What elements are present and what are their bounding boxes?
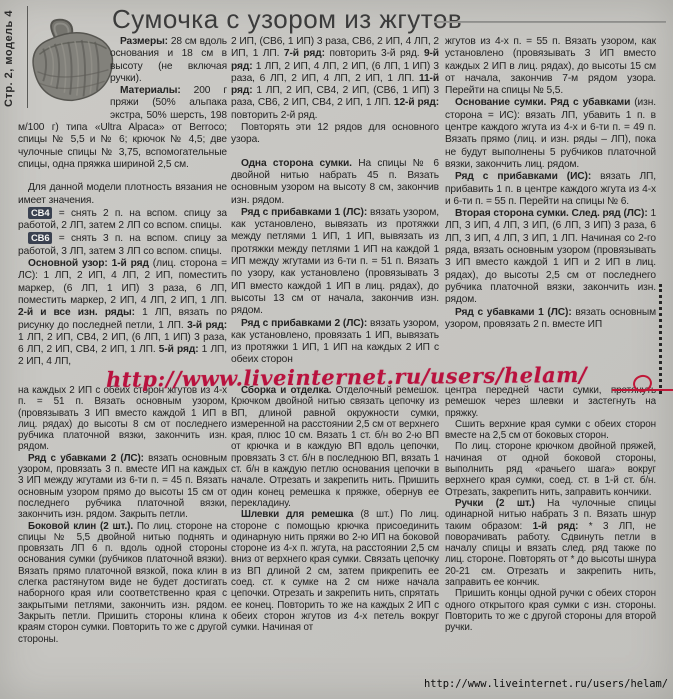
column-3-bottom: центра передней части сумки, протянуть р…	[445, 385, 656, 677]
text-segment: Размеры:	[120, 36, 168, 47]
text-segment: 7-й ряд:	[284, 48, 325, 59]
paragraph: Основание сумки. Ряд с убавками (изн. ст…	[445, 97, 656, 171]
text-segment: повторить 3-й ряд.	[325, 48, 424, 59]
column-1-bottom: на каждых 2 ИП с обеих сторон жгутов из …	[18, 385, 227, 697]
text-segment: 1 ЛП, 2 ИП, 4 ЛП, 2 ИП, (6 ЛП, 1 ИП) 3 р…	[231, 61, 439, 84]
text-segment: Шлевки для ремешка	[241, 509, 353, 520]
paragraph: Вторая сторона сумки. След. ряд (ЛС): 1 …	[445, 208, 656, 306]
text-segment: Ряд с прибавками 1 (ЛС):	[241, 207, 367, 218]
red-pen-line	[612, 389, 673, 391]
text-segment: 1-й ряд:	[533, 521, 579, 532]
text-segment: Пришить концы одной ручки с обеих сторон…	[445, 588, 656, 633]
paragraph: СВ6 = снять 3 п. на вспом. спицу за рабо…	[18, 232, 227, 258]
paragraph: Сшить верхние края сумки с обеих сторон …	[445, 419, 656, 442]
spine-page-label: Стр. 2, модель 4	[3, 8, 15, 110]
column-2-bottom: Сборка и отделка. Отделочный ремешок. Кр…	[231, 385, 439, 697]
paragraph: Ряд с прибавками 2 (ЛС): вязать узором, …	[231, 318, 439, 367]
page-title: Сумочка с узором из жгутов	[112, 4, 462, 35]
text-segment: Основание сумки. Ряд с убавками	[455, 97, 630, 108]
paragraph: Ряд с убавками 2 (ЛС): вязать основным у…	[18, 453, 227, 521]
text-segment: Ряд с прибавками 2 (ЛС):	[241, 318, 367, 329]
text-segment: Отделочный ремешок. Крючком двойной нить…	[231, 385, 439, 509]
magazine-page: Стр. 2, модель 4 Сумочка с узором из жгу…	[0, 0, 673, 699]
text-segment: жгутов из 4-х п. = 55 п. Вязать узором, …	[445, 36, 656, 96]
text-segment: Одна сторона сумки.	[241, 158, 352, 169]
text-segment: 3-й ряд:	[187, 320, 227, 331]
paragraph: Ряд с убавками 1 (ЛС): вязать основным у…	[445, 307, 656, 332]
paragraph: По лиц. стороне крючком двойной пряжей, …	[445, 441, 656, 497]
paragraph: Повторять эти 12 рядов для основного узо…	[231, 122, 439, 147]
text-segment: Основной узор: 1-й ряд	[28, 258, 149, 269]
paragraph: Сборка и отделка. Отделочный ремешок. Кр…	[231, 385, 439, 509]
text-segment: Ряд с убавками 1 (ЛС):	[455, 307, 572, 318]
abbreviation-badge: СВ4	[28, 207, 52, 219]
paragraph: на каждых 2 ИП с обеих сторон жгутов из …	[18, 385, 227, 453]
paragraph: Ручки (2 шт.) На чулочные спицы одинарно…	[445, 498, 656, 588]
text-segment: Вторая сторона сумки. След. ряд (ЛС):	[455, 208, 648, 219]
paragraph: Ряд с прибавками (ИС): вязать ЛП, прибав…	[445, 171, 656, 208]
text-segment: 2-й и все изн. ряды:	[18, 307, 135, 318]
text-segment: на каждых 2 ИП с обеих сторон жгутов из …	[18, 385, 227, 452]
text-segment: Сшить верхние края сумки с обеих сторон …	[445, 419, 656, 441]
text-segment: Для данной модели плотность вязания не и…	[18, 182, 227, 205]
text-segment: Ручки (2 шт.)	[455, 498, 535, 509]
paragraph: СВ4 = снять 2 п. на вспом. спицу за рабо…	[18, 207, 227, 233]
text-segment: Ряд с прибавками (ИС):	[455, 171, 591, 182]
paragraph: Одна сторона сумки. На спицы № 6 двойной…	[231, 158, 439, 207]
text-segment: По лиц. стороне на спицы № 5,5 двойной н…	[18, 521, 227, 645]
column-2-top: 2 ИП, (СВ6, 1 ИП) 3 раза, СВ6, 2 ИП, 4 Л…	[231, 36, 439, 388]
paragraph: Боковой клин (2 шт.). По лиц. стороне на…	[18, 521, 227, 645]
column-3-top: жгутов из 4-х п. = 55 п. Вязать узором, …	[445, 36, 656, 388]
text-segment: Материалы:	[120, 85, 181, 96]
text-segment: (8 шт.) По лиц. стороне с помощью крючка…	[231, 509, 439, 633]
text-segment: Повторять эти 12 рядов для основного узо…	[231, 122, 439, 145]
text-segment: Боковой клин (2 шт.).	[28, 521, 133, 532]
paragraph: 2 ИП, (СВ6, 1 ИП) 3 раза, СВ6, 2 ИП, 4 Л…	[231, 36, 439, 122]
text-segment: 1 ЛП, 3 ИП, 4 ЛП, 3 ИП, (6 ЛП, 3 ИП) 3 р…	[445, 208, 656, 305]
paragraph: Пришить концы одной ручки с обеих сторон…	[445, 588, 656, 633]
paragraph: Основной узор: 1-й ряд (лиц. сторона = Л…	[18, 258, 227, 369]
paragraph: Ряд с прибавками 1 (ЛС): вязать узором, …	[231, 207, 439, 318]
watermark-url-bottom: http://www.liveinternet.ru/users/helam/	[424, 678, 668, 690]
text-segment: 5-й ряд:	[159, 344, 199, 355]
column-1-top: Размеры: 28 см вдоль основания и 18 см в…	[18, 36, 227, 388]
text-segment: По лиц. стороне крючком двойной пряжей, …	[445, 441, 656, 497]
paragraph: жгутов из 4-х п. = 55 п. Вязать узором, …	[445, 36, 656, 97]
text-segment: 12-й ряд:	[394, 97, 439, 108]
photo-spacer	[18, 36, 110, 112]
paragraph: Для данной модели плотность вязания не и…	[18, 182, 227, 207]
abbreviation-badge: СВ6	[28, 232, 52, 244]
title-rule	[434, 21, 666, 23]
margin-dotted-line	[659, 284, 662, 394]
text-segment: Ряд с убавками 2 (ЛС):	[28, 453, 144, 464]
text-segment: повторить 2-й ряд.	[231, 110, 317, 121]
text-segment: вязать узором, как установлено, вывязать…	[231, 207, 439, 316]
paragraph: Шлевки для ремешка (8 шт.) По лиц. сторо…	[231, 509, 439, 633]
